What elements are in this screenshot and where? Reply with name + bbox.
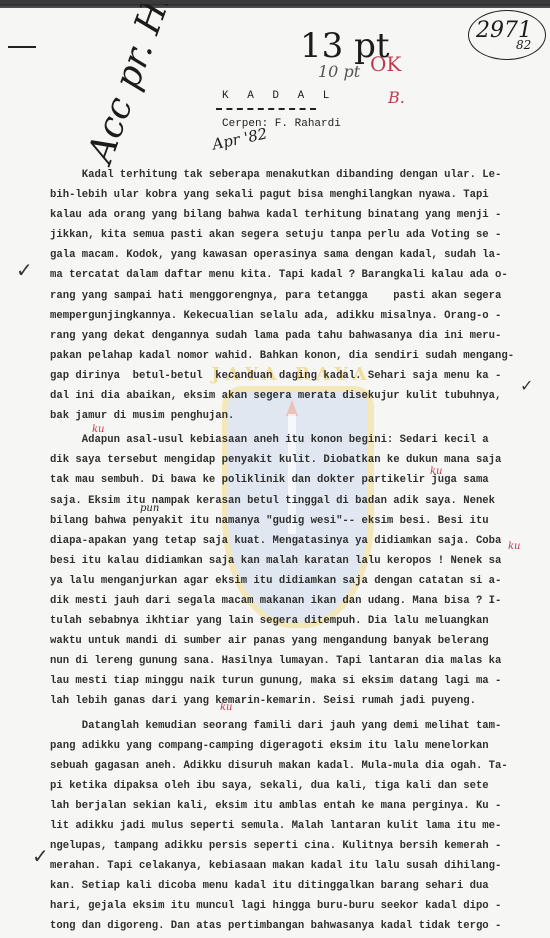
document-page: JAYA RAYA 13 pt 10 pt OK B. 2971 82 Acc …	[0, 4, 550, 938]
text-line: kan. Setiap kali dicoba menu kadal itu d…	[50, 876, 520, 896]
text-line: gala macam. Kodok, yang kawasan operasin…	[50, 245, 520, 265]
text-line: sebuah gagasan aneh. Adikku disuruh maka…	[50, 756, 520, 776]
text-line: nun di lereng gunung sana. Hasilnya luma…	[50, 651, 520, 671]
document-title: K A D A L	[222, 90, 335, 102]
text-line: Datanglah kemudian seorang famili dari j…	[50, 716, 520, 736]
text-line: besi itu kalau didiamkan saja kan malah …	[50, 551, 520, 571]
margin-dash-mark	[8, 46, 36, 48]
text-line: Adapun asal-usul kebiasaan aneh itu kono…	[50, 430, 520, 450]
text-line: dik mesti jauh dari segala macam makanan…	[50, 591, 520, 611]
text-line: tak mau sembuh. Di bawa ke poliklinik da…	[50, 470, 520, 490]
text-line: tulah sebabnya ikhtiar yang lain segera …	[50, 611, 520, 631]
correction-ku-1: ku	[92, 424, 105, 435]
text-line: dik saya tersebut mengidap penyakit kuli…	[50, 450, 520, 470]
initials-mark: B.	[388, 88, 405, 107]
text-line: kalau ada orang yang bilang bahwa kadal …	[50, 205, 520, 225]
document-body: Kadal terhitung tak seberapa menakutkan …	[50, 165, 520, 937]
text-line: pang adikku yang compang-camping digerag…	[50, 736, 520, 756]
document-byline: Cerpen: F. Rahardi	[222, 118, 341, 130]
scan-top-edge	[0, 4, 550, 8]
title-underline	[216, 108, 316, 110]
text-line: mempergunjingkannya. Kekecualian selalu …	[50, 306, 520, 326]
margin-check-icon: ✓	[16, 258, 33, 282]
text-line: pi ketika dipaksa oleh ibu saya, sekali,…	[50, 776, 520, 796]
text-line: diapa-apakan yang tetap saja kuat. Menga…	[50, 531, 520, 551]
text-line: merahan. Tapi celakanya, kebiasaan makan…	[50, 856, 520, 876]
text-line: lah berjalan sekian kali, eksim itu ambl…	[50, 796, 520, 816]
text-line: bilang bahwa penyakit itu namanya "gudig…	[50, 511, 520, 531]
text-line: bak jamur di musim penghujan.	[50, 406, 520, 426]
text-line: rang yang sampai hati menggorengnya, par…	[50, 286, 520, 306]
text-line: bih-lebih ular kobra yang sekali pagut b…	[50, 185, 520, 205]
text-line: saja. Eksim itu nampak kerasan betul tin…	[50, 491, 520, 511]
correction-ku-3: ku	[508, 541, 521, 552]
text-line: ya lalu menganjurkan agar eksim itu didi…	[50, 571, 520, 591]
text-line: ngelupas, tampang adikku persis seperti …	[50, 836, 520, 856]
correction-pun: pun	[140, 503, 159, 514]
text-line: hari, gejala eksim itu muncul lagi hingg…	[50, 896, 520, 916]
text-line: ma tercatat dalam daftar menu kita. Tapi…	[50, 265, 520, 285]
handwritten-signature: Acc pr. Hsi	[80, 4, 186, 168]
margin-check-icon: ✓	[520, 376, 533, 395]
text-line: Kadal terhitung tak seberapa menakutkan …	[50, 165, 520, 185]
ok-mark: OK	[370, 52, 401, 76]
text-line: lit adikku jadi mulus seperti semula. Ma…	[50, 816, 520, 836]
margin-check-icon: ✓	[32, 844, 49, 868]
text-line: lau mesti tiap minggu naik turun gunung,…	[50, 671, 520, 691]
text-line: lah lebih ganas dari yang kemarin-kemari…	[50, 691, 520, 711]
text-line: gap dirinya betul-betul kecanduan daging…	[50, 366, 520, 386]
correction-ku-4: ku	[220, 702, 233, 713]
reference-number-sub: 82	[516, 38, 531, 52]
font-size-subnote: 10 pt	[318, 62, 360, 81]
text-line: dal ini dia abaikan, eksim akan segera m…	[50, 386, 520, 406]
text-line: rang yang dekat dengannya sudah lama pad…	[50, 326, 520, 346]
text-line: pakan pelahap kadal nomor wahid. Bahkan …	[50, 346, 520, 366]
text-line: tong dan digoreng. Dan atas pertimbangan…	[50, 916, 520, 936]
text-line: jikkan, kita semua pasti akan segera set…	[50, 225, 520, 245]
correction-ku-2: ku	[430, 466, 443, 477]
text-line: waktu untuk mandi di sumber air panas ya…	[50, 631, 520, 651]
